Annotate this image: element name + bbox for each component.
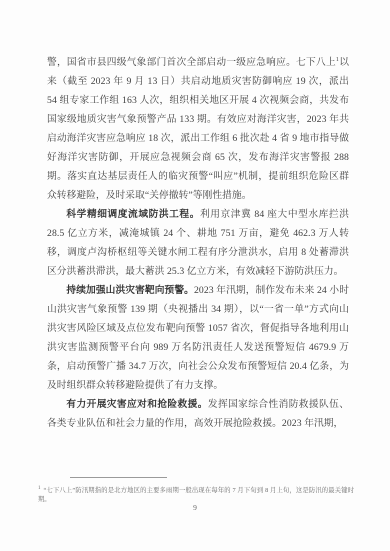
paragraph-text: 以来（截至 2023 年 9 月 13 日）共启动地质灾害防御响应 19 次，派… (47, 57, 349, 201)
footnote-separator-line (70, 477, 167, 478)
document-page: 警，国省市县四级气象部门首次全部启动一级应急响应。七下八上1以来（截至 2023… (0, 0, 390, 551)
page-body: 警，国省市县四级气象部门首次全部启动一级应急响应。七下八上1以来（截至 2023… (47, 53, 349, 433)
paragraph-lead-bold: 有力开展灾害应对和抢险救援。 (66, 399, 207, 410)
paragraph-mountain-flood-warning: 持续加强山洪灾害靶向预警。2023 年汛期，制作发布未来 24 小时山洪灾害气象… (47, 281, 349, 395)
paragraph-emergency-response: 警，国省市县四级气象部门首次全部启动一级应急响应。七下八上1以来（截至 2023… (47, 53, 349, 205)
page-number: 9 (0, 503, 390, 512)
paragraph-lead-bold: 持续加强山洪灾害靶向预警。 (66, 285, 194, 296)
paragraph-text: 警，国省市县四级气象部门首次全部启动一级应急响应。七下八上 (47, 57, 336, 68)
paragraph-rescue-operations: 有力开展灾害应对和抢险救援。发挥国家综合性消防救援队伍、各类专业队伍和社会力量的… (47, 395, 349, 433)
footnote-marker: 1 (38, 486, 41, 491)
paragraph-flood-dispatch: 科学精细调度流域防洪工程。利用京津冀 84 座大中型水库拦洪 28.5 亿立方米… (47, 205, 349, 281)
footnote-text: “七下八上”防汛期指的是北方地区的主要多雨期一般出现在每年的 7 月下旬到 8 … (38, 487, 354, 503)
paragraph-text: 2023 年汛期，制作发布未来 24 小时山洪灾害气象预警 139 期（央视播出… (47, 285, 349, 391)
paragraph-lead-bold: 科学精细调度流域防洪工程。 (66, 209, 200, 220)
footnote: 1“七下八上”防汛期指的是北方地区的主要多雨期一般出现在每年的 7 月下旬到 8… (38, 485, 354, 504)
